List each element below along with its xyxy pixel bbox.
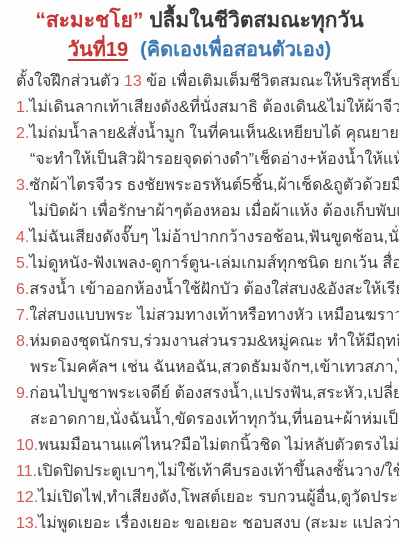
list-item: 4.ไม่ฉันเสียงดังจั๊บๆ ไม่อ้าปากกว้างรอช้… [16,225,391,251]
rules-list: 1.ไม่เดินลากเท้าเสียงดัง&ที่นั่งสมาธิ ต้… [16,95,391,537]
item-first-line: 1.ไม่เดินลากเท้าเสียงดัง&ที่นั่งสมาธิ ต้… [16,95,391,121]
item-continuation-line: ไม่บิดผ้า เพื่อรักษาผ้าๆต้องหอม เมื่อผ้า… [16,199,391,225]
item-number: 8. [16,333,29,350]
page-title: “สะมะชโย” ปลื้มในชีวิตสมณะทุกวัน [8,6,391,36]
item-continuation-line: สะอาดกาย,นั่งฉันน้ำ,ขัดรองเท้าทุกวัน,ที่… [16,407,391,433]
item-number: 1. [16,99,29,116]
item-first-line: 9.ก่อนไปบูชาพระเจดีย์ ต้องสรงน้ำ,แปรงฟัน… [16,381,391,407]
item-text: ไม่ดูหนัง-ฟังเพลง-ดูการ์ตูน-เล่มเกมส์ทุก… [29,255,399,272]
list-item: 13.ไม่พูดเยอะ เรื่องเยอะ ขอเยอะ ชอบสงบ (… [16,511,391,537]
document-page: “สะมะชโย” ปลื้มในชีวิตสมณะทุกวัน วันที่1… [0,0,399,539]
item-number: 12. [16,489,38,506]
list-item: 10.พนมมือนานแค่ไหน?มือไม่ตกนิ้วชิด ไม่หล… [16,433,391,459]
item-number: 11. [16,463,37,480]
item-number: 10. [16,437,38,454]
title-rest: ปลื้มในชีวิตสมณะทุกวัน [143,9,363,32]
item-first-line: 13.ไม่พูดเยอะ เรื่องเยอะ ขอเยอะ ชอบสงบ (… [16,511,391,537]
rules-section: ตั้งใจฝึกส่วนตัว 13 ข้อ เพื่อเติมเต็มชีว… [8,69,391,537]
item-number: 7. [16,307,29,324]
item-text: ก่อนไปบูชาพระเจดีย์ ต้องสรงน้ำ,แปรงฟัน,ส… [29,385,399,402]
item-text: เปิดปิดประตูเบาๆ,ไม่ใช้เท้าคีบรองเท้าขึ้… [37,463,399,480]
item-text: พนมมือนานแค่ไหน?มือไม่ตกนิ้วชิด ไม่หลับต… [38,437,399,454]
item-text: ห่มดองชุดนักรบ,ร่วมงานส่วนรวม&หมู่คณะ ทำ… [29,333,399,350]
list-item: 12.ไม่เปิดไฟ,ทำเสียงดัง,โพสต์เยอะ รบกวนผ… [16,485,391,511]
item-number: 2. [16,125,29,142]
item-first-line: 6.สรงน้ำ เข้าออกห้องน้ำใช้ฝักบัว ต้องใส่… [16,277,391,303]
item-text: ไม่ถ่มน้ำลาย&สั่งน้ำมูก ในที่คนเห็น&เหยี… [29,125,399,142]
list-item: 11.เปิดปิดประตูเบาๆ,ไม่ใช้เท้าคีบรองเท้า… [16,459,391,485]
list-item: 6.สรงน้ำ เข้าออกห้องน้ำใช้ฝักบัว ต้องใส่… [16,277,391,303]
item-text: สรงน้ำ เข้าออกห้องน้ำใช้ฝักบัว ต้องใส่สบ… [29,281,399,298]
list-item: 9.ก่อนไปบูชาพระเจดีย์ ต้องสรงน้ำ,แปรงฟัน… [16,381,391,433]
item-text: ใส่สบงแบบพระ ไม่สวมทางเท้าหรือทางหัว เหม… [29,307,399,324]
item-first-line: 12.ไม่เปิดไฟ,ทำเสียงดัง,โพสต์เยอะ รบกวนผ… [16,485,391,511]
item-text: ไม่ฉันเสียงดังจั๊บๆ ไม่อ้าปากกว้างรอช้อน… [29,229,399,246]
item-text: ไม่พูดเยอะ เรื่องเยอะ ขอเยอะ ชอบสงบ (สะม… [38,515,399,532]
list-item: 7.ใส่สบงแบบพระ ไม่สวมทางเท้าหรือทางหัว เ… [16,303,391,329]
item-first-line: 10.พนมมือนานแค่ไหน?มือไม่ตกนิ้วชิด ไม่หล… [16,433,391,459]
intro-line: ตั้งใจฝึกส่วนตัว 13 ข้อ เพื่อเติมเต็มชีว… [16,69,391,95]
item-first-line: 4.ไม่ฉันเสียงดังจั๊บๆ ไม่อ้าปากกว้างรอช้… [16,225,391,251]
title-quoted-name: “สะมะชโย” [35,9,143,32]
item-first-line: 7.ใส่สบงแบบพระ ไม่สวมทางเท้าหรือทางหัว เ… [16,303,391,329]
item-first-line: 5.ไม่ดูหนัง-ฟังเพลง-ดูการ์ตูน-เล่มเกมส์ท… [16,251,391,277]
list-item: 1.ไม่เดินลากเท้าเสียงดัง&ที่นั่งสมาธิ ต้… [16,95,391,121]
list-item: 3.ซักผ้าไตรจีวร ธงชัยพระอรหันต์5ชิ้น,ผ้า… [16,173,391,225]
item-number: 4. [16,229,29,246]
subtitle-date: วันที่19 [68,39,128,61]
item-number: 3. [16,177,29,194]
item-text: ไม่เดินลากเท้าเสียงดัง&ที่นั่งสมาธิ ต้อง… [29,99,399,116]
list-item: 5.ไม่ดูหนัง-ฟังเพลง-ดูการ์ตูน-เล่มเกมส์ท… [16,251,391,277]
page-subtitle: วันที่19(คิดเองเพื่อสอนตัวเอง) [8,36,391,65]
item-continuation-line: “จะทำให้เป็นสิวฝ้ารอยจุดด่างดำ”เช็ดอ่าง+… [16,147,391,173]
item-first-line: 11.เปิดปิดประตูเบาๆ,ไม่ใช้เท้าคีบรองเท้า… [16,459,391,485]
intro-number: 13 [124,73,142,90]
subtitle-note: (คิดเองเพื่อสอนตัวเอง) [140,39,331,61]
item-first-line: 3.ซักผ้าไตรจีวร ธงชัยพระอรหันต์5ชิ้น,ผ้า… [16,173,391,199]
item-number: 13. [16,515,38,532]
item-text: ซักผ้าไตรจีวร ธงชัยพระอรหันต์5ชิ้น,ผ้าเช… [29,177,399,194]
item-first-line: 8.ห่มดองชุดนักรบ,ร่วมงานส่วนรวม&หมู่คณะ … [16,329,391,355]
item-number: 9. [16,385,29,402]
item-first-line: 2.ไม่ถ่มน้ำลาย&สั่งน้ำมูก ในที่คนเห็น&เห… [16,121,391,147]
item-number: 5. [16,255,29,272]
list-item: 8.ห่มดองชุดนักรบ,ร่วมงานส่วนรวม&หมู่คณะ … [16,329,391,381]
item-text: ไม่เปิดไฟ,ทำเสียงดัง,โพสต์เยอะ รบกวนผู้อ… [38,489,399,506]
intro-before: ตั้งใจฝึกส่วนตัว [16,73,124,90]
list-item: 2.ไม่ถ่มน้ำลาย&สั่งน้ำมูก ในที่คนเห็น&เห… [16,121,391,173]
intro-after: ข้อ เพื่อเติมเต็มชีวิตสมณะให้บริสุทธิ์บร… [142,73,399,90]
item-number: 6. [16,281,29,298]
item-continuation-line: พระโมคคัลฯ เช่น ฉันหอฉัน,สวดธัมมจักฯ,เข้… [16,355,391,381]
